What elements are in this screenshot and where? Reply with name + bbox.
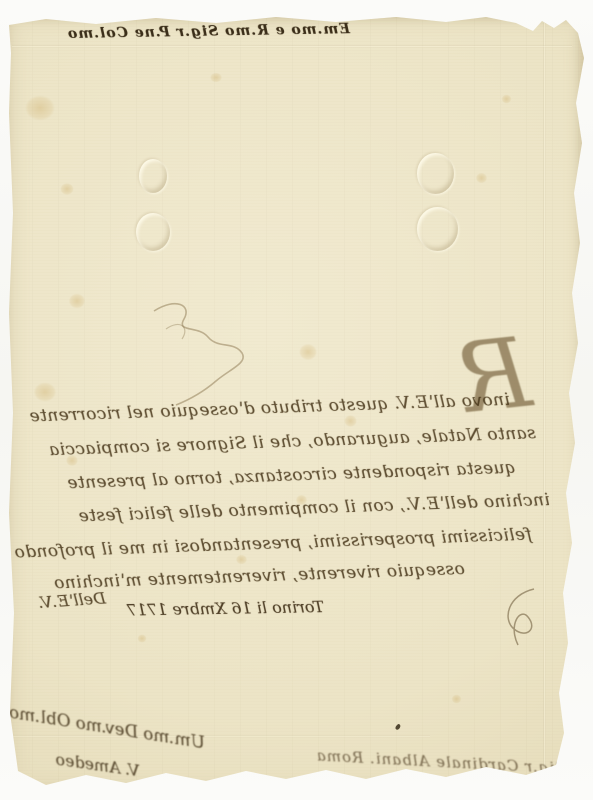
body-line: questa rispondente circostanza, torno al… bbox=[44, 458, 516, 494]
stain bbox=[500, 93, 513, 105]
signature-line: V. Amedeo bbox=[19, 745, 140, 781]
fold-crease bbox=[543, 23, 546, 778]
ink-fleck bbox=[395, 723, 402, 730]
stain bbox=[208, 71, 224, 84]
embossed-seal bbox=[139, 159, 167, 193]
body-line: santo Natale, augurando, che il Signore … bbox=[36, 423, 536, 460]
stain bbox=[136, 633, 148, 644]
heading-line: Em.mo e R.mo Sig.r P.ne Col.mo bbox=[138, 21, 350, 41]
body-line: inchino dell'E.V., con il compimento del… bbox=[38, 490, 550, 528]
stain bbox=[450, 693, 463, 705]
stain bbox=[20, 91, 60, 125]
body-line: inovo all'E.V. questo tributo d'ossequio… bbox=[40, 390, 510, 426]
stain bbox=[58, 181, 76, 197]
paper-sheet: Em.mo e R.mo Sig.r P.ne Col.mo R inovo a… bbox=[6, 13, 587, 795]
signature-line: Um.mo Dev.mo Obl.mo Ser.re bbox=[20, 705, 207, 754]
ink-flourish bbox=[146, 289, 276, 409]
fold-crease bbox=[12, 45, 572, 48]
address-line: Sig.r Cardinale Albani. Roma bbox=[318, 747, 567, 778]
embossed-seal bbox=[417, 207, 458, 251]
stain bbox=[66, 291, 88, 311]
stain bbox=[30, 379, 60, 405]
embossed-seal bbox=[136, 213, 170, 251]
date-line: Torino li 16 Xmbre 1717 bbox=[110, 597, 324, 620]
fold-crease bbox=[10, 735, 430, 738]
closing-line: Dell'E.V. bbox=[31, 588, 106, 612]
ink-flourish bbox=[498, 585, 544, 649]
stain bbox=[296, 341, 320, 363]
body-line: felicissimi prosperissimi, presentandosi… bbox=[52, 525, 532, 562]
embossed-seal bbox=[417, 153, 454, 194]
body-line: ossequio riverente, riverentemente m'inc… bbox=[70, 559, 465, 593]
stain bbox=[474, 171, 489, 185]
